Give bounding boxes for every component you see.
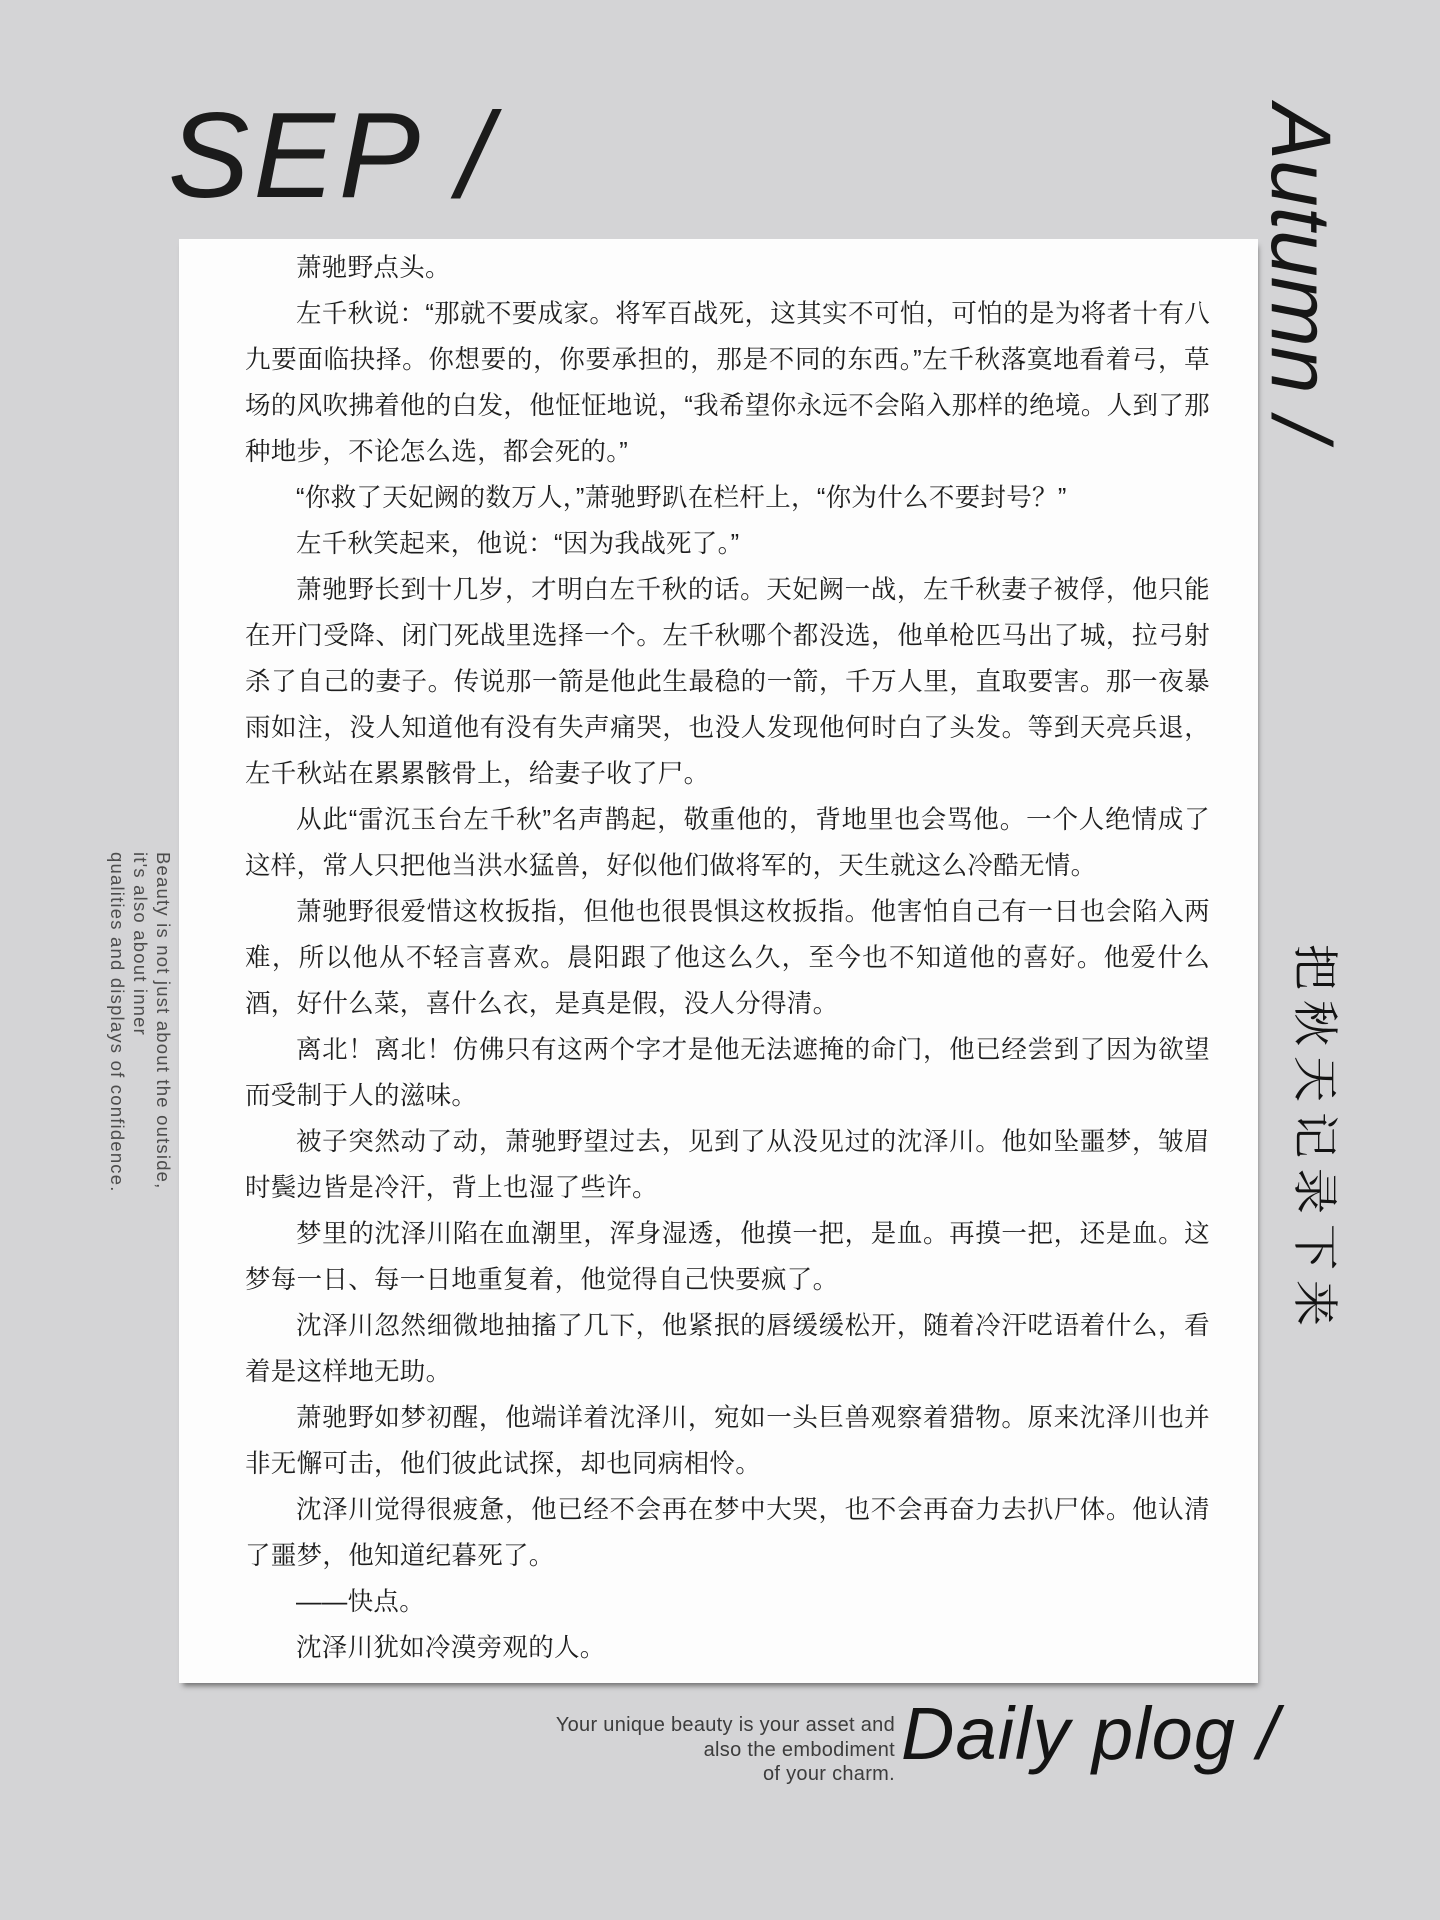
article-paragraph: 离北！离北！仿佛只有这两个字才是他无法遮掩的命门，他已经尝到了因为欲望而受制于人… <box>245 1027 1210 1119</box>
page-background: SEP / Autumn / 萧驰野点头。左千秋说：“那就不要成家。将军百战死，… <box>0 0 1440 1920</box>
article-paragraph: “你救了天妃阙的数万人，”萧驰野趴在栏杆上，“你为什么不要封号？” <box>245 475 1210 521</box>
vertical-caption-en-line: qualities and displays of confidence. <box>106 852 129 1322</box>
article-paragraph: 被子突然动了动，萧驰野望过去，见到了从没见过的沈泽川。他如坠噩梦，皱眉时鬓边皆是… <box>245 1119 1210 1211</box>
season-title: Autumn / <box>1252 104 1349 440</box>
article-paragraph: 沈泽川忽然细微地抽搐了几下，他紧抿的唇缓缓松开，随着冷汗呓语着什么，看着是这样地… <box>245 1303 1210 1395</box>
footer-caption-line: also the embodiment <box>515 1738 895 1763</box>
article-text: 萧驰野点头。左千秋说：“那就不要成家。将军百战死，这其实不可怕，可怕的是为将者十… <box>245 245 1210 1671</box>
article-paragraph: 梦里的沈泽川陷在血潮里，浑身湿透，他摸一把，是血。再摸一把，还是血。这梦每一日、… <box>245 1211 1210 1303</box>
footer-caption-line: Your unique beauty is your asset and <box>515 1713 895 1738</box>
article-paragraph: 沈泽川犹如冷漠旁观的人。 <box>245 1625 1210 1671</box>
vertical-caption-cn: 把秋天记录下来 <box>1292 944 1338 1336</box>
vertical-caption-en: Beauty is not just about the outside, it… <box>106 852 175 1322</box>
month-title: SEP / <box>168 94 495 216</box>
vertical-caption-en-line: it's also about inner <box>129 852 152 1322</box>
article-paragraph: 萧驰野长到十几岁，才明白左千秋的话。天妃阙一战，左千秋妻子被俘，他只能在开门受降… <box>245 567 1210 797</box>
article-paragraph: 萧驰野如梦初醒，他端详着沈泽川，宛如一头巨兽观察着猎物。原来沈泽川也并非无懈可击… <box>245 1395 1210 1487</box>
article-paragraph: 沈泽川觉得很疲惫，他已经不会再在梦中大哭，也不会再奋力去扒尸体。他认清了噩梦，他… <box>245 1487 1210 1579</box>
footer-caption-line: of your charm. <box>515 1762 895 1787</box>
article-paragraph: 从此“雷沉玉台左千秋”名声鹊起，敬重他的，背地里也会骂他。一个人绝情成了这样，常… <box>245 797 1210 889</box>
article-paragraph: ——快点。 <box>245 1579 1210 1625</box>
reading-panel: 萧驰野点头。左千秋说：“那就不要成家。将军百战死，这其实不可怕，可怕的是为将者十… <box>179 239 1258 1683</box>
article-paragraph: 萧驰野点头。 <box>245 245 1210 291</box>
article-paragraph: 左千秋笑起来，他说：“因为我战死了。” <box>245 521 1210 567</box>
article-paragraph: 萧驰野很爱惜这枚扳指，但他也很畏惧这枚扳指。他害怕自己有一日也会陷入两难，所以他… <box>245 889 1210 1027</box>
brand-title: Daily plog / <box>901 1697 1279 1771</box>
vertical-caption-en-line: Beauty is not just about the outside, <box>152 852 175 1322</box>
article-paragraph: 左千秋说：“那就不要成家。将军百战死，这其实不可怕，可怕的是为将者十有八九要面临… <box>245 291 1210 475</box>
footer-caption: Your unique beauty is your asset and als… <box>515 1713 895 1787</box>
